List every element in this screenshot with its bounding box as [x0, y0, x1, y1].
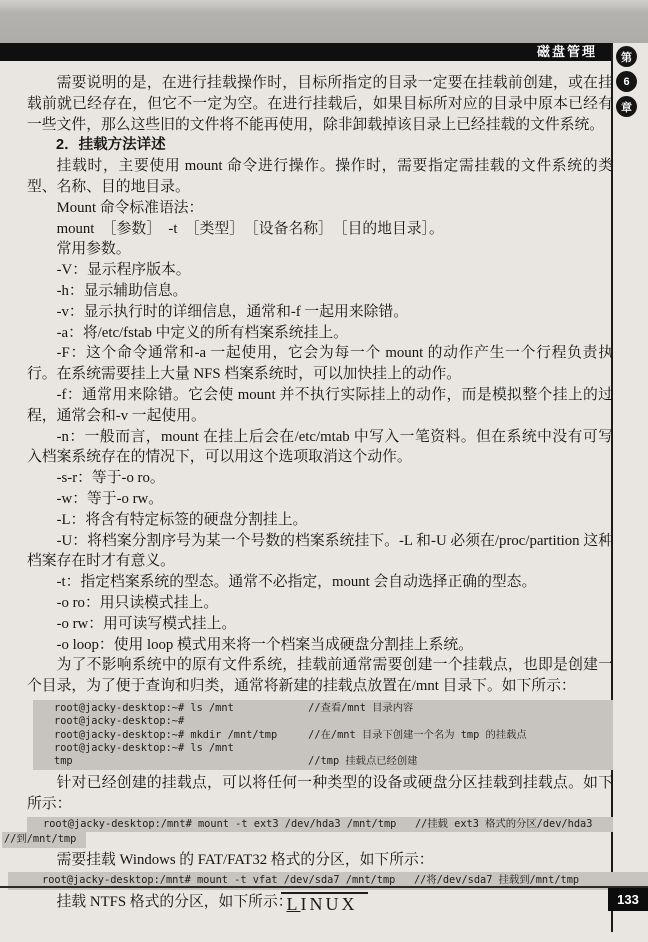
terminal-block: root@jacky-desktop:~# ls /mnt //查看/mnt 目…: [33, 700, 613, 770]
option-line: -o ro：用只读模式挂上。: [27, 593, 613, 614]
section-heading: 2．挂载方法详述: [27, 135, 613, 156]
chapter-tab-number: 6: [616, 71, 637, 92]
chapter-title: 磁盘管理: [537, 44, 597, 59]
option-line: -F：这个命令通常和-a 一起使用，它会为每一个 mount 的动作产生一个行程…: [27, 343, 613, 385]
option-line: -t：指定档案系统的型态。通常不必指定，mount 会自动选择正确的型态。: [27, 572, 613, 593]
chapter-tab: 第 6 章: [616, 46, 637, 117]
option-line: -U：将档案分割序号为某一个号数的档案系统挂下。-L 和-U 必须在/proc/…: [27, 531, 613, 573]
option-line: -o rw：用可读写模式挂上。: [27, 614, 613, 635]
linux-logo: LINUX: [281, 892, 368, 915]
terminal-line: root@jacky-desktop:/mnt# mount -t ext3 /…: [27, 817, 613, 832]
terminal-line: tmp //tmp 挂载点已经创建: [54, 755, 609, 768]
option-line: -h：显示辅助信息。: [27, 281, 613, 302]
footer-logo-wrap: LINUX: [0, 892, 648, 915]
page-content: 需要说明的是，在进行挂载操作时，目标所指定的目录一定要在挂载前创建，或在挂载前就…: [27, 73, 613, 912]
option-line: -V：显示程序版本。: [27, 260, 613, 281]
option-line: -f：通常用来除错。它会使 mount 并不执行实际挂上的动作，而是模拟整个挂上…: [27, 385, 613, 427]
option-line: -w：等于-o rw。: [27, 489, 613, 510]
terminal-line: root@jacky-desktop:~# ls /mnt: [54, 742, 609, 755]
line-syntax-label: Mount 命令标准语法：: [27, 198, 613, 219]
chapter-tab-char: 章: [616, 96, 637, 117]
option-line: -v：显示执行时的详细信息，通常和-f 一起用来除错。: [27, 302, 613, 323]
line-common-params: 常用参数。: [27, 239, 613, 260]
terminal-line: root@jacky-desktop:~# ls /mnt //查看/mnt 目…: [54, 702, 609, 715]
scanner-margin: [0, 0, 648, 43]
option-line: -o loop：使用 loop 模式用来将一个档案当成硬盘分割挂上系统。: [27, 635, 613, 656]
terminal-line: root@jacky-desktop:~#: [54, 715, 609, 728]
footer-rule: [0, 886, 648, 888]
paragraph-fat32: 需要挂载 Windows 的 FAT/FAT32 格式的分区，如下所示：: [27, 850, 613, 871]
paragraph-mountpoint: 为了不影响系统中的原有文件系统，挂载前通常需要创建一个挂载点，也即是创建一个目录…: [27, 655, 613, 697]
page-header-bar: 磁盘管理: [0, 43, 611, 61]
paragraph-mount-note: 需要说明的是，在进行挂载操作时，目标所指定的目录一定要在挂载前创建，或在挂载前就…: [27, 73, 613, 135]
chapter-tab-char: 第: [616, 46, 637, 67]
paragraph-mount-intro: 挂载时，主要使用 mount 命令进行操作。操作时，需要指定需挂载的文件系统的类…: [27, 156, 613, 198]
terminal-line: //到/mnt/tmp: [2, 832, 86, 847]
option-line: -s-r：等于-o ro。: [27, 468, 613, 489]
option-line: -a：将/etc/fstab 中定义的所有档案系统挂上。: [27, 323, 613, 344]
page-number-badge: 133: [608, 888, 648, 911]
terminal-line: root@jacky-desktop:~# mkdir /mnt/tmp //在…: [54, 729, 609, 742]
option-line: -n：一般而言，mount 在挂上后会在/etc/mtab 中写入一笔资料。但在…: [27, 427, 613, 469]
terminal-block: root@jacky-desktop:/mnt# mount -t ext3 /…: [27, 817, 613, 848]
line-mount-syntax: mount ［参数］ -t ［类型］ ［设备名称］ ［目的地目录］。: [27, 219, 613, 240]
option-line: -L：将含有特定标签的硬盘分割挂上。: [27, 510, 613, 531]
paragraph-mount-device: 针对已经创建的挂载点，可以将任何一种类型的设备或硬盘分区挂载到挂载点。如下所示：: [27, 773, 613, 815]
